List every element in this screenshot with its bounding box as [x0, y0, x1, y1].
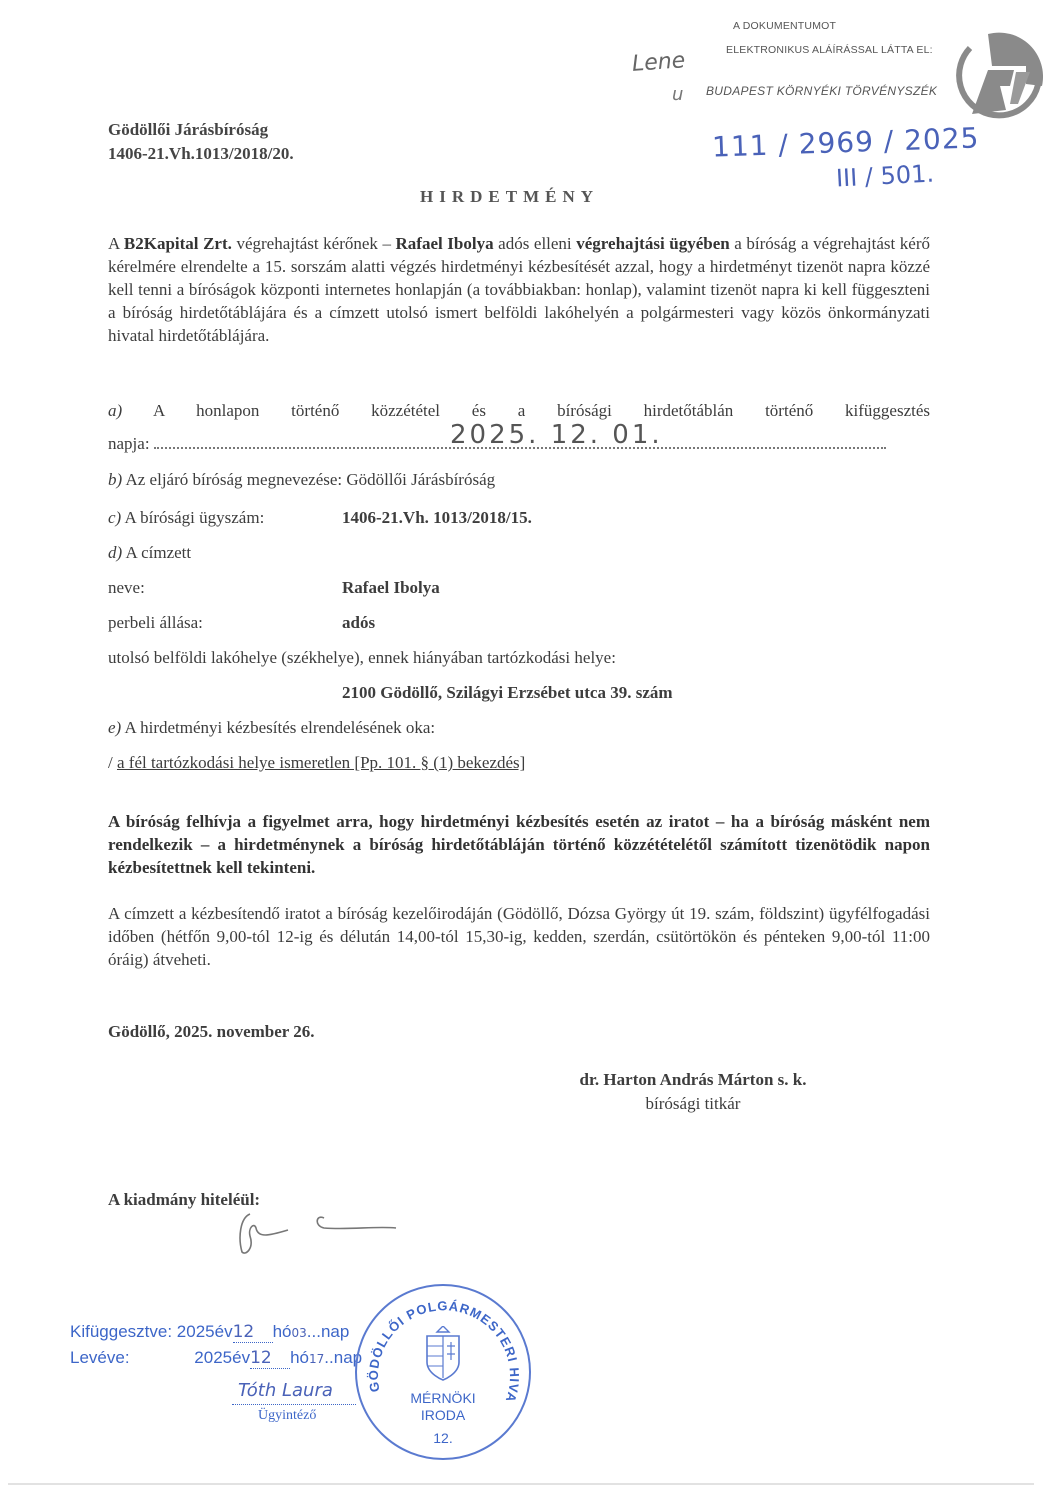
esign-court-name: BUDAPEST KÖRNYÉKI TÖRVÉNYSZÉK: [706, 84, 937, 98]
stamp-line-2: IRODA: [357, 1407, 529, 1423]
item-b: b) Az eljáró bíróság megnevezése: Gödöll…: [108, 470, 495, 490]
removed-month-fill: 12: [250, 1348, 290, 1369]
signatory-name: dr. Harton András Márton s. k.: [548, 1070, 838, 1090]
handwritten-registration-sub: III / 501.: [835, 159, 934, 192]
case-number: 1406-21.Vh.1013/2018/20.: [108, 142, 294, 166]
court-name: Gödöllői Járásbíróság: [108, 118, 268, 142]
reason-prefix: /: [108, 753, 117, 772]
item-c-text: A bírósági ügyszám:: [121, 508, 264, 527]
clerk-signature-line: [232, 1404, 356, 1405]
page-title: HIRDETMÉNY: [420, 187, 599, 207]
place-date: Gödöllő, 2025. november 26.: [108, 1022, 315, 1042]
recipient-address: 2100 Gödöllő, Szilágyi Erzsébet utca 39.…: [342, 683, 673, 703]
item-a: a) A honlapon történő közzététel és a bí…: [108, 399, 930, 422]
item-e-reason: / a fél tartózkodási helye ismeretlen [P…: [108, 753, 525, 773]
item-d-text: A címzett: [122, 543, 191, 562]
nap-label: nap: [321, 1322, 349, 1341]
item-e-text: A hirdetményi kézbesítés elrendelésének …: [121, 718, 435, 737]
item-c: c) A bírósági ügyszám:: [108, 508, 264, 528]
posted-day: 03: [292, 1326, 307, 1340]
ho-label: hó: [290, 1348, 309, 1367]
intro-text: A: [108, 234, 124, 253]
removed-row: Levéve: 2025év12hó17..nap: [70, 1348, 362, 1369]
intro-paragraph: A B2Kapital Zrt. végrehajtást kérőnek – …: [108, 232, 930, 347]
stamp-line-1: MÉRNÖKI: [357, 1390, 529, 1406]
round-stamp: GÖDÖLLŐI POLGÁRMESTERI HIVATAL MÉRNÖKI I…: [355, 1284, 531, 1460]
handwritten-publication-date: 2025. 12. 01.: [450, 420, 663, 450]
ev-label: év: [215, 1322, 233, 1341]
page-bottom-edge: [8, 1483, 1034, 1485]
ho-label: hó: [273, 1322, 292, 1341]
esign-line-1: A DOKUMENTUMOT: [733, 20, 836, 32]
item-e: e) A hirdetményi kézbesítés elrendelésén…: [108, 718, 435, 738]
napja-label: napja:: [108, 434, 150, 453]
clerk-signature: Tóth Laura: [238, 1380, 333, 1401]
posted-label: Kifüggesztve:: [70, 1322, 172, 1341]
intro-text: végrehajtást kérőnek –: [232, 234, 396, 253]
stamp-number: 12.: [357, 1430, 529, 1446]
hungarian-coat-of-arms-icon: [423, 1326, 463, 1382]
court-logo-icon: [948, 26, 1048, 126]
removed-label: Levéve:: [70, 1348, 130, 1367]
case-type: végrehajtási ügyében: [576, 234, 729, 253]
item-d-label: d): [108, 543, 122, 562]
removed-year: 2025: [194, 1348, 232, 1367]
recipient-status: adós: [342, 613, 375, 633]
debtor-name: Rafael Ibolya: [396, 234, 494, 253]
item-a-label: a): [108, 401, 122, 420]
item-a-text: A honlapon történő közzététel és a bírós…: [122, 401, 930, 420]
signatory-title: bírósági titkár: [548, 1094, 838, 1114]
item-b-text: Az eljáró bíróság megnevezése: Gödöllői …: [122, 470, 495, 489]
certification-label: A kiadmány hiteléül:: [108, 1190, 260, 1210]
handwritten-mark: u: [672, 84, 683, 105]
posted-month-fill: 12: [233, 1322, 273, 1343]
posted-year: 2025: [177, 1322, 215, 1341]
clerk-label: Ügyintéző: [258, 1408, 316, 1424]
pickup-info: A címzett a kézbesítendő iratot a bírósá…: [108, 902, 930, 971]
item-c-label: c): [108, 508, 121, 527]
recipient-status-label: perbeli állása:: [108, 613, 203, 633]
handwritten-initials: Lene: [631, 48, 686, 77]
address-label: utolsó belföldi lakóhelye (székhelye), e…: [108, 648, 616, 668]
removed-day: 17: [309, 1352, 324, 1366]
item-d: d) A címzett: [108, 543, 191, 563]
court-case-number: 1406-21.Vh. 1013/2018/15.: [342, 508, 532, 528]
ev-label: év: [232, 1348, 250, 1367]
handwritten-registration-number: 111 / 2969 / 2025: [712, 121, 980, 163]
reason-text: a fél tartózkodási helye ismeretlen [Pp.…: [117, 753, 525, 772]
item-b-label: b): [108, 470, 122, 489]
item-e-label: e): [108, 718, 121, 737]
handwritten-signature-icon: [228, 1208, 428, 1258]
delivery-notice: A bíróság felhívja a figyelmet arra, hog…: [108, 810, 930, 879]
intro-text: adós elleni: [494, 234, 577, 253]
recipient-name-label: neve:: [108, 578, 145, 598]
recipient-name: Rafael Ibolya: [342, 578, 440, 598]
creditor-name: B2Kapital Zrt.: [124, 234, 232, 253]
esign-line-2: ELEKTRONIKUS ALÁÍRÁSSAL LÁTTA EL:: [726, 44, 933, 56]
posted-row: Kifüggesztve: 2025év12hó03...nap: [70, 1322, 349, 1343]
